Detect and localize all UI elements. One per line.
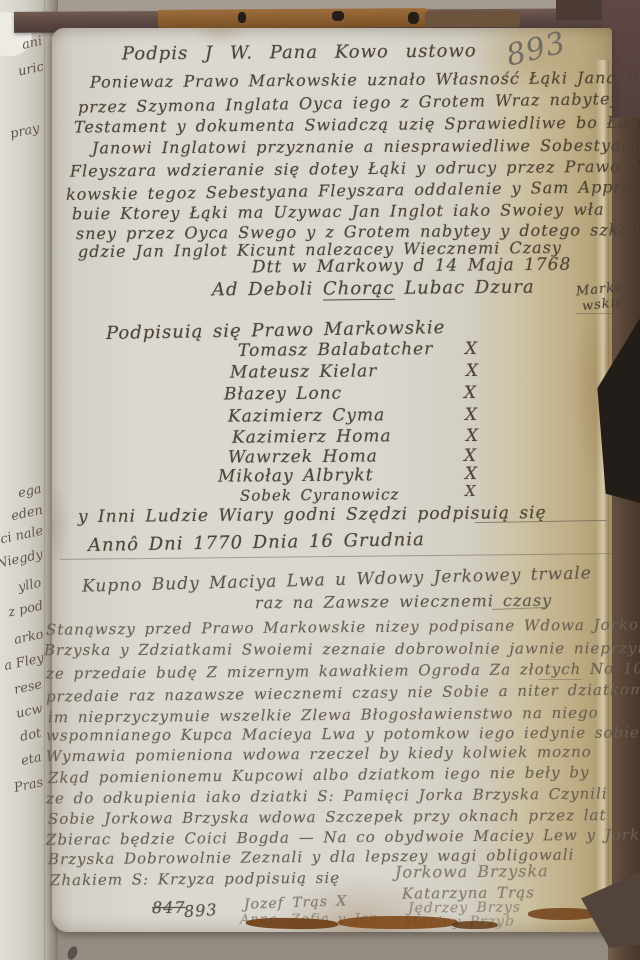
handwritten-line: Brzyska y Zdziatkami Swoiemi zeznaie dob… — [44, 639, 640, 659]
signer-mark: X — [465, 339, 478, 359]
signer-mark: X — [464, 383, 477, 403]
gutter-fragment: arko — [13, 627, 45, 648]
leather-nick — [408, 12, 419, 24]
witness-line: y Inni Ludzie Wiary godni Szędzi podpisu… — [78, 503, 547, 527]
gutter-fragment: Pras — [12, 775, 44, 796]
handwritten-line: wspomnianego Kupca Macieya Lwa y potomko… — [46, 723, 640, 744]
worn-leather-patch — [158, 8, 430, 29]
torn-leather — [452, 921, 498, 929]
torn-leather — [338, 916, 458, 929]
gutter-fragment: z pod — [6, 598, 44, 620]
officials-underlined-word: Chorąc — [323, 278, 395, 301]
gutter-fragment: ani — [20, 34, 43, 53]
gutter-fragment: Niegdy — [0, 547, 44, 571]
signature: Jorkowa Brzyska — [395, 861, 549, 881]
signer-name: Kazimierz Homa — [232, 426, 392, 447]
dateline: Dtt w Markowy d 14 Maja 1768 — [252, 255, 572, 278]
signer-mark: X — [465, 405, 478, 425]
signer-name: Sobek Cyranowicz — [240, 485, 399, 504]
gutter-text-fragments: ani uric pray ega eden ci nale Niegdy yl… — [0, 0, 46, 960]
signer-mark: X — [466, 361, 479, 381]
officials-line: Ad Deboli Chorąc Lubac Dzura — [212, 277, 535, 301]
leather-nick — [238, 12, 246, 23]
signer-name: Kazimierz Cyma — [228, 405, 385, 426]
signer-name: Mateusz Kielar — [230, 361, 378, 382]
worn-leather-patch — [425, 11, 520, 27]
background-mark — [66, 945, 80, 960]
signer-name: Mikołay Albrykt — [218, 465, 374, 486]
signer-name: Tomasz Balabatcher — [238, 339, 433, 361]
signer-mark: X — [466, 426, 479, 446]
gutter-fragment: ucw — [15, 701, 44, 721]
manuscript-photo: ani uric pray ega eden ci nale Niegdy yl… — [0, 0, 640, 960]
gutter-fragment: yllo — [16, 576, 42, 596]
gutter-fragment: a Fley — [3, 651, 45, 674]
signer-mark: X — [465, 482, 477, 500]
leather-nick — [332, 11, 344, 21]
amount-underline — [538, 679, 582, 680]
officials-pre: Ad Deboli — [212, 278, 323, 300]
torn-leather — [528, 908, 598, 920]
margin-underline — [576, 313, 614, 314]
signer-name: Błazey Lonc — [224, 383, 342, 404]
gutter-fragment: ega — [17, 482, 43, 502]
page-number: 893 — [183, 900, 218, 921]
gutter-fragment: eden — [10, 503, 45, 524]
handwritten-line: Zhakiem S: Krzyza podpisuią się — [50, 869, 340, 890]
gutter-fragment: dot — [18, 726, 42, 745]
gutter-fragment: rese — [12, 677, 43, 698]
gutter-fragment: uric — [17, 59, 46, 79]
officials-post: Lubac Dzura — [394, 277, 534, 299]
signer-name: Wawrzek Homa — [228, 446, 378, 467]
old-page-number: 847 — [152, 898, 186, 917]
handwritten-line: Janowi Inglatowi przyznanie a niesprawie… — [92, 136, 640, 158]
gutter-fragment: ci nale — [0, 524, 45, 548]
gutter-fragment: eta — [20, 750, 43, 769]
header-line: Podpis J W. Pana Kowo ustowo — [122, 40, 477, 64]
gutter-fragment: pray — [9, 121, 41, 142]
